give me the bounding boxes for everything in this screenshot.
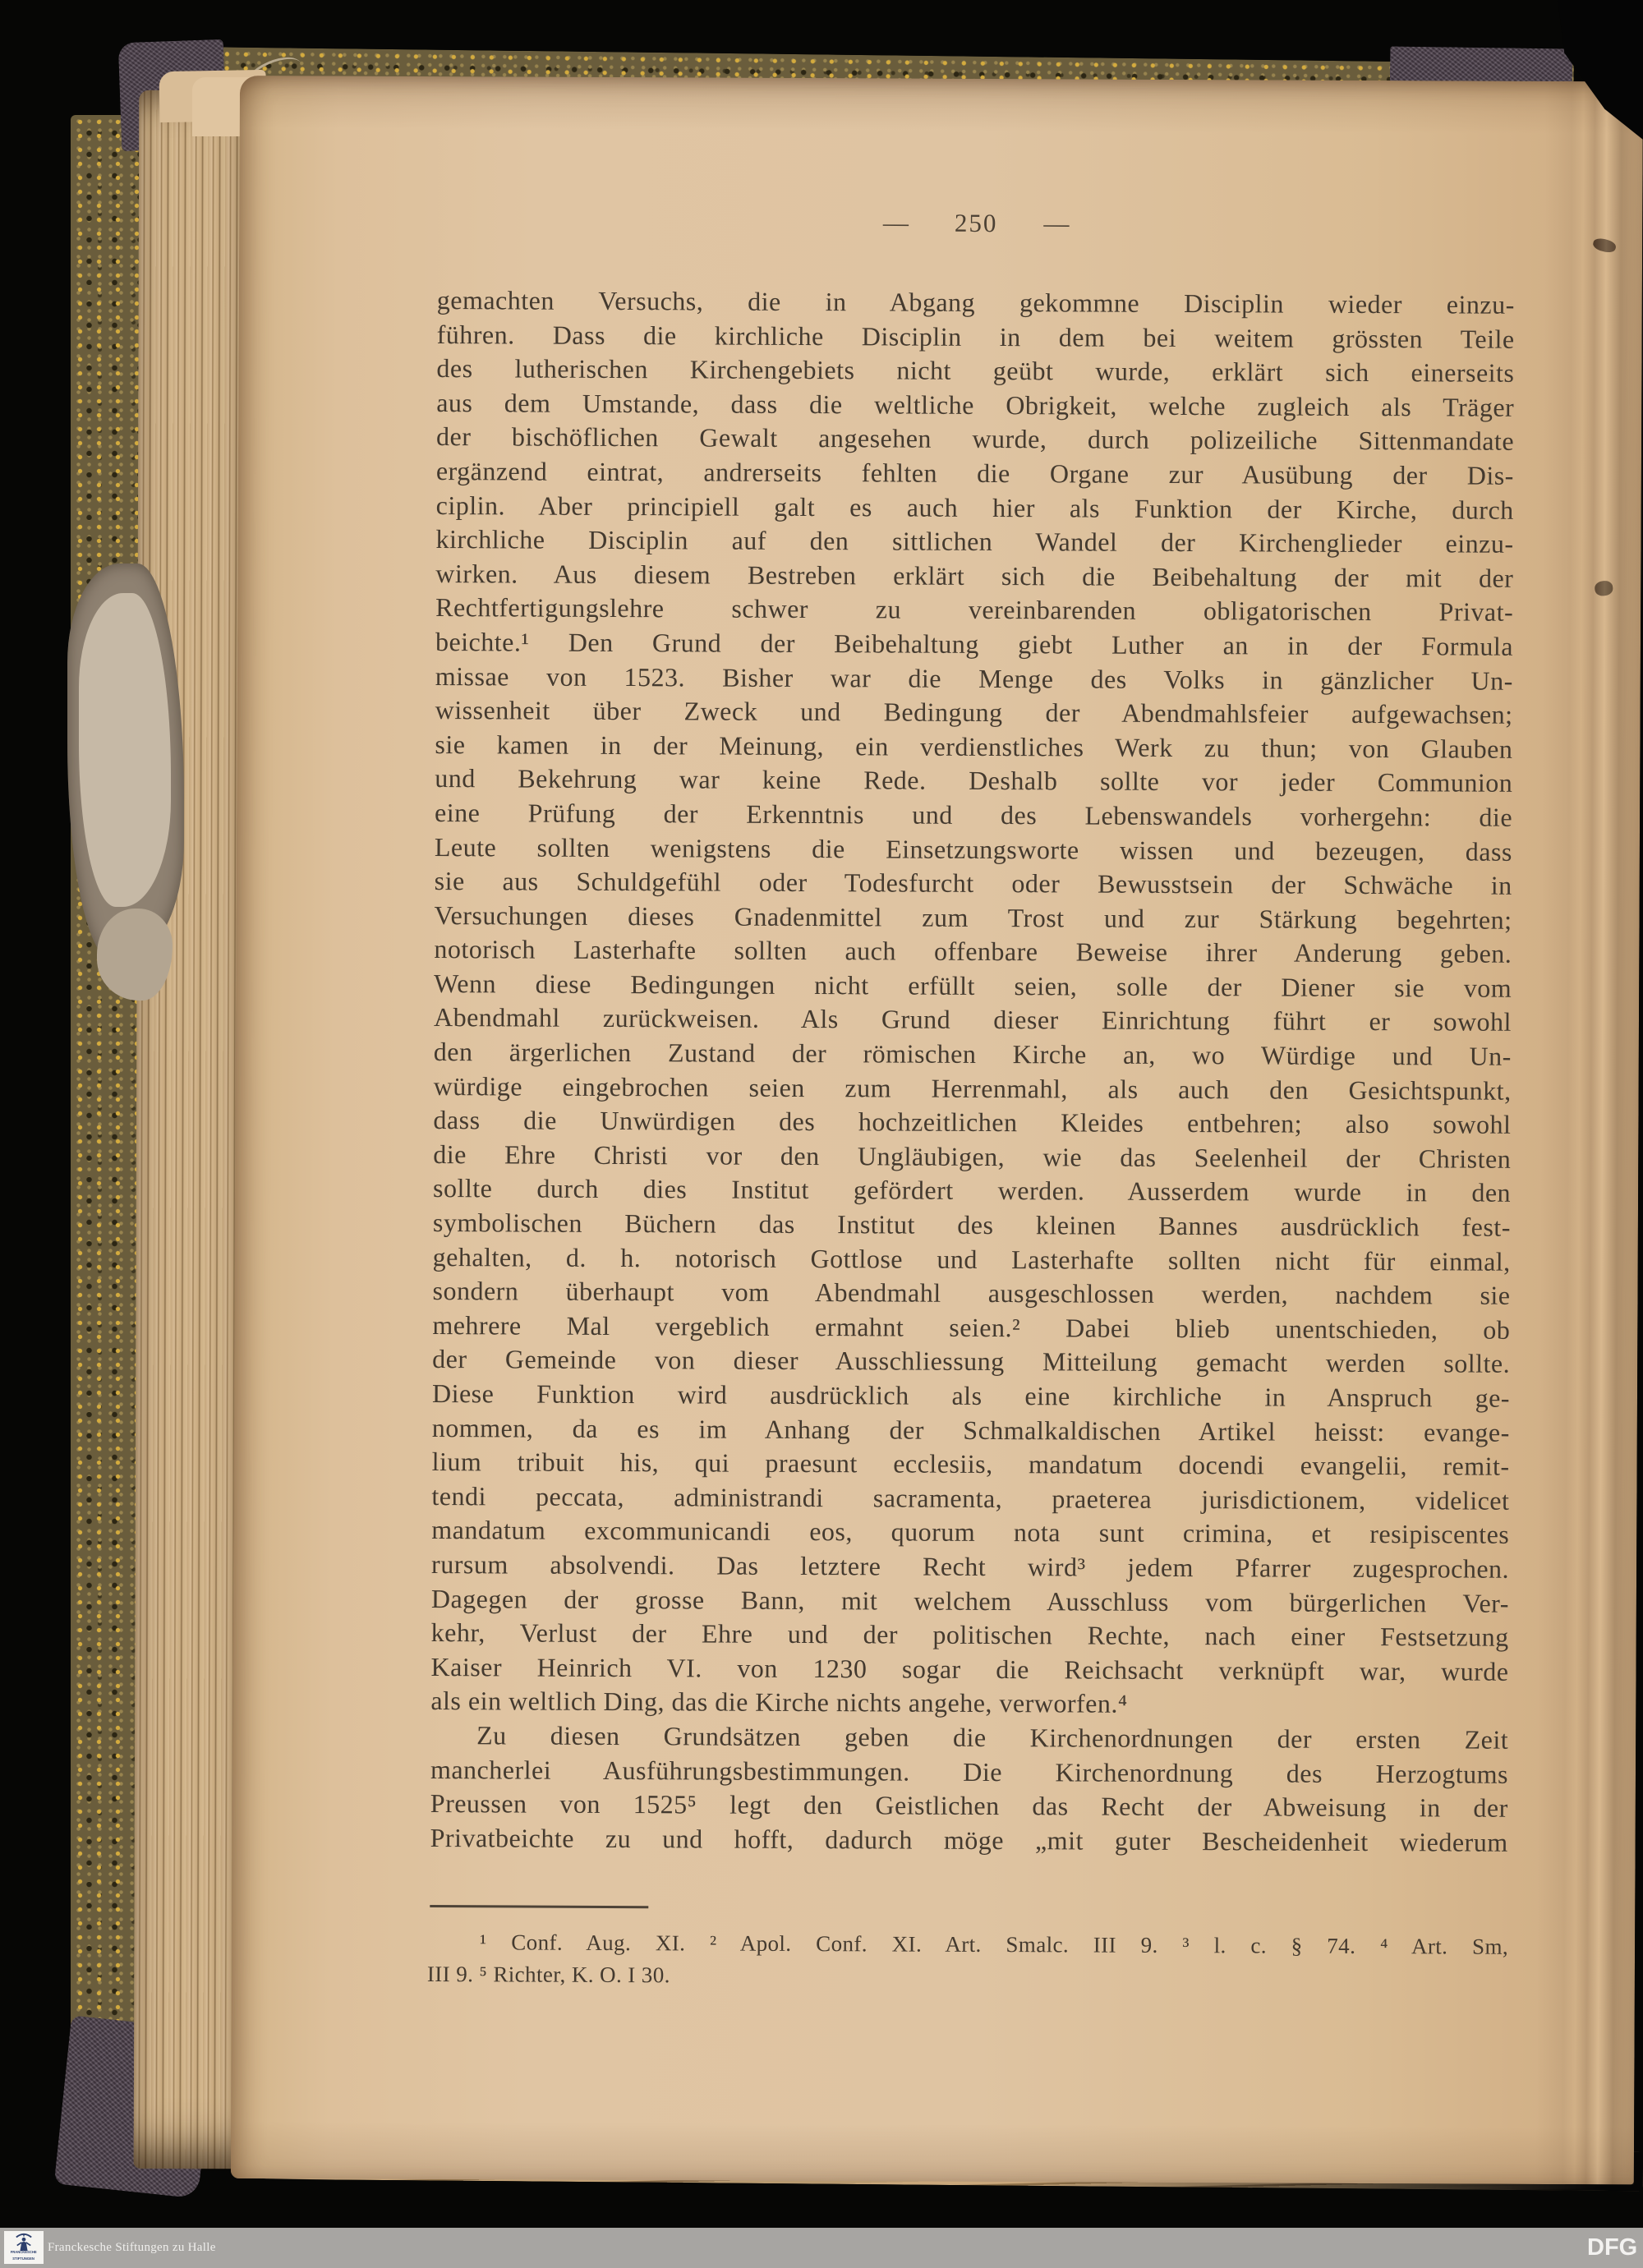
body-text-line: die Ehre Christi vor den Ungläubigen, wi… bbox=[433, 1138, 1511, 1176]
franckesche-emblem-icon bbox=[13, 2233, 35, 2251]
body-text-line: Rechtfertigungslehre schwer zu vereinbar… bbox=[435, 591, 1513, 629]
body-text-line: gehalten, d. h. notorisch Gottlose und L… bbox=[433, 1240, 1511, 1279]
logo-text-line2: STIFTUNGEN bbox=[13, 2257, 35, 2261]
page-edge-nick bbox=[1592, 237, 1618, 254]
body-text-line: des lutherischen Kirchengebiets nicht ge… bbox=[436, 352, 1514, 390]
body-text-line: der Gemeinde von dieser Ausschliessung M… bbox=[432, 1342, 1510, 1381]
body-text-line: eine Prüfung der Erkenntnis und des Lebe… bbox=[435, 796, 1512, 835]
body-text-line: und Bekehrung war keine Rede. Deshalb so… bbox=[435, 761, 1512, 800]
body-text-line: wirken. Aus diesem Bestreben erklärt sic… bbox=[435, 557, 1513, 596]
page-stack-left-edges bbox=[134, 90, 246, 2169]
body-text-line: symbolischen Büchern das Institut des kl… bbox=[433, 1206, 1511, 1244]
body-text-line: sie aus Schuldgefühl oder Todesfurcht od… bbox=[435, 864, 1512, 903]
body-text-line: als ein weltlich Ding, das die Kirche ni… bbox=[430, 1684, 1508, 1723]
body-text-line: aus dem Umstande, dass die weltliche Obr… bbox=[436, 386, 1514, 425]
header-dash-right: — bbox=[1043, 209, 1069, 238]
watermark-bar: FRANCKESCHE STIFTUNGEN Franckesche Stift… bbox=[0, 2228, 1643, 2268]
footnote-rule bbox=[430, 1905, 648, 1908]
body-text-line: Versuchungen dieses Gnadenmittel zum Tro… bbox=[434, 899, 1512, 937]
body-text-line: Wenn diese Bedingungen nicht erfüllt sei… bbox=[434, 967, 1512, 1005]
body-text-line: Abendmahl zurückweisen. Als Grund dieser… bbox=[434, 1001, 1512, 1040]
body-text-line: sie kamen in der Meinung, ein verdienstl… bbox=[435, 728, 1512, 766]
body-text-line: Kaiser Heinrich VI. von 1230 sogar die R… bbox=[430, 1650, 1508, 1689]
body-text-line: dass die Unwürdigen des hochzeitlichen K… bbox=[433, 1103, 1511, 1142]
scanned-book-page-viewer: { "scan": { "page_number": "250", "heade… bbox=[0, 0, 1643, 2268]
torn-page-edge-inner bbox=[79, 593, 171, 907]
body-text-line: Privatbeichte zu und hofft, dadurch möge… bbox=[430, 1821, 1508, 1860]
body-text-line: lium tribuit his, qui praesunt ecclesiis… bbox=[432, 1445, 1510, 1484]
footnotes: ¹ Conf. Aug. XI. ² Apol. Conf. XI. Art. … bbox=[427, 1926, 1508, 1995]
body-text-line: Leute sollten wenigstens die Einsetzungs… bbox=[435, 830, 1512, 869]
body-text-line: Dagegen der grosse Bann, mit welchem Aus… bbox=[431, 1582, 1509, 1621]
footnote-line: ¹ Conf. Aug. XI. ² Apol. Conf. XI. Art. … bbox=[427, 1926, 1508, 1963]
body-text-line: wissenheit über Zweck und Bedingung der … bbox=[435, 693, 1513, 732]
institution-name: Franckesche Stiftungen zu Halle bbox=[48, 2228, 216, 2268]
body-text: gemachten Versuchs, die in Abgang gekomm… bbox=[430, 283, 1515, 1860]
body-text-line: den ärgerlichen Zustand der römischen Ki… bbox=[434, 1035, 1512, 1074]
body-text-line: mancherlei Ausführungsbestimmungen. Die … bbox=[430, 1753, 1508, 1792]
body-text-line: kirchliche Disciplin auf den sittlichen … bbox=[435, 522, 1513, 561]
body-text-line: notorisch Lasterhafte sollten auch offen… bbox=[434, 932, 1512, 971]
book-cover-marbled-left-edge bbox=[71, 115, 141, 2103]
body-text-line: mandatum excommunicandi eos, quorum nota… bbox=[431, 1513, 1509, 1552]
logo-text-line1: FRANCKESCHE bbox=[11, 2251, 37, 2254]
body-text-line: Preussen von 1525⁵ legt den Geistlichen … bbox=[430, 1787, 1508, 1825]
dfg-logo: DFG bbox=[1587, 2228, 1637, 2268]
body-text-line: der bischöflichen Gewalt angesehen wurde… bbox=[436, 420, 1514, 458]
franckesche-stiftungen-logo: FRANCKESCHE STIFTUNGEN bbox=[4, 2231, 44, 2264]
body-text-line: missae von 1523. Bisher war die Menge de… bbox=[435, 660, 1513, 698]
body-text-line: gemachten Versuchs, die in Abgang gekomm… bbox=[437, 283, 1515, 322]
page-header: — 250 — bbox=[437, 206, 1515, 241]
body-text-line: führen. Dass die kirchliche Disciplin in… bbox=[437, 318, 1515, 357]
body-text-line: nommen, da es im Anhang der Schmalkaldis… bbox=[432, 1411, 1510, 1450]
page-number: 250 bbox=[955, 209, 998, 238]
body-text-line: tendi peccata, administrandi sacramenta,… bbox=[431, 1479, 1509, 1518]
body-text-line: rursum absolvendi. Das letztere Recht wi… bbox=[431, 1548, 1509, 1586]
body-text-line: ciplin. Aber principiell galt es auch hi… bbox=[436, 489, 1514, 527]
book-page: — 250 — gemachten Versuchs, die in Abgan… bbox=[231, 76, 1643, 2184]
body-text-line: sollte durch dies Institut gefördert wer… bbox=[433, 1171, 1511, 1210]
header-dash-left: — bbox=[883, 208, 909, 237]
body-text-line: Zu diesen Grundsätzen geben die Kircheno… bbox=[430, 1718, 1508, 1757]
body-text-line: beichte.¹ Den Grund der Beibehaltung gie… bbox=[435, 625, 1513, 664]
body-text-line: ergänzend eintrat, andrerseits fehlten d… bbox=[436, 454, 1514, 493]
body-text-line: würdige eingebrochen seien zum Herrenmah… bbox=[434, 1070, 1512, 1108]
body-text-line: Diese Funktion wird ausdrücklich als ein… bbox=[432, 1377, 1510, 1415]
torn-page-edge-lower bbox=[97, 909, 173, 1001]
footnote-line: III 9. ⁵ Richter, K. O. I 30. bbox=[427, 1958, 1508, 1995]
page-edge-nick bbox=[1594, 580, 1613, 597]
body-text-line: sondern überhaupt vom Abendmahl ausgesch… bbox=[432, 1274, 1510, 1313]
body-text-line: kehr, Verlust der Ehre und der politisch… bbox=[431, 1616, 1509, 1654]
body-text-line: mehrere Mal vergeblich ermahnt seien.² D… bbox=[432, 1309, 1510, 1347]
